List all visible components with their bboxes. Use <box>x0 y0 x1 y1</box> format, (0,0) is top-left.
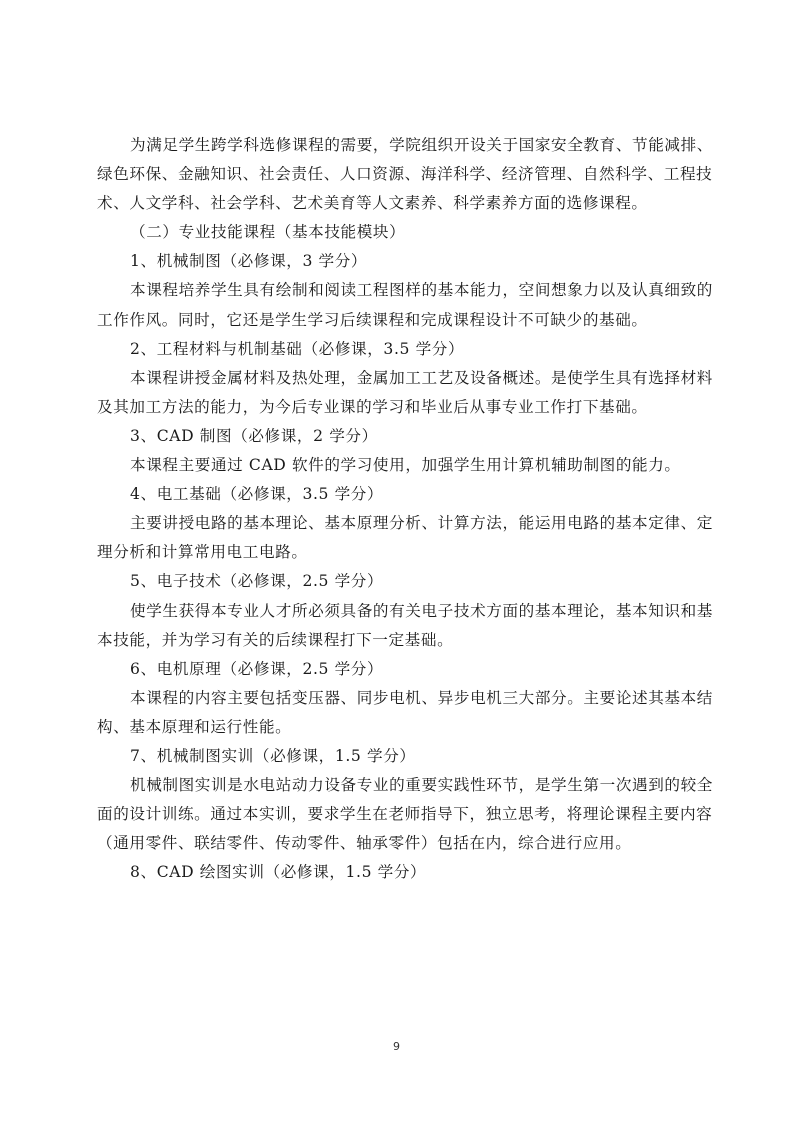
course-heading-8: 8、CAD 绘图实训（必修课，1.5 学分） <box>97 858 697 887</box>
course-heading-4: 4、电工基础（必修课，3.5 学分） <box>97 480 697 509</box>
course-desc-4-line-2: 理分析和计算常用电工电路。 <box>97 538 697 567</box>
course-desc-5-line-2: 本技能，并为学习有关的后续课程打下一定基础。 <box>97 626 697 655</box>
course-desc-3-line-1: 本课程主要通过 CAD 软件的学习使用，加强学生用计算机辅助制图的能力。 <box>97 451 697 480</box>
course-desc-4-line-1: 主要讲授电路的基本理论、基本原理分析、计算方法，能运用电路的基本定律、定 <box>97 509 697 538</box>
course-heading-2: 2、工程材料与机制基础（必修课，3.5 学分） <box>97 335 697 364</box>
intro-line-3: 术、人文学科、社会学科、艺术美育等人文素养、科学素养方面的选修课程。 <box>97 189 697 218</box>
course-desc-7-line-2: 面的设计训练。通过本实训，要求学生在老师指导下，独立思考，将理论课程主要内容 <box>97 800 697 829</box>
course-heading-7: 7、机械制图实训（必修课，1.5 学分） <box>97 742 697 771</box>
course-desc-6-line-2: 构、基本原理和运行性能。 <box>97 713 697 742</box>
course-desc-5-line-1: 使学生获得本专业人才所必须具备的有关电子技术方面的基本理论，基本知识和基 <box>97 597 697 626</box>
course-desc-7-line-3: （通用零件、联结零件、传动零件、轴承零件）包括在内，综合进行应用。 <box>97 829 697 858</box>
course-desc-1-line-1: 本课程培养学生具有绘制和阅读工程图样的基本能力，空间想象力以及认真细致的 <box>97 276 697 305</box>
course-desc-2-line-2: 及其加工方法的能力，为今后专业课的学习和毕业后从事专业工作打下基础。 <box>97 393 697 422</box>
course-desc-7-line-1: 机械制图实训是水电站动力设备专业的重要实践性环节，是学生第一次遇到的较全 <box>97 771 697 800</box>
document-page: 为满足学生跨学科选修课程的需要，学院组织开设关于国家安全教育、节能减排、 绿色环… <box>97 131 697 887</box>
page-number: 9 <box>0 1040 793 1053</box>
intro-line-2: 绿色环保、金融知识、社会责任、人口资源、海洋科学、经济管理、自然科学、工程技 <box>97 160 697 189</box>
course-heading-5: 5、电子技术（必修课，2.5 学分） <box>97 567 697 596</box>
section-heading: （二）专业技能课程（基本技能模块） <box>97 218 697 247</box>
course-desc-1-line-2: 工作作风。同时，它还是学生学习后续课程和完成课程设计不可缺少的基础。 <box>97 306 697 335</box>
course-heading-1: 1、机械制图（必修课，3 学分） <box>97 247 697 276</box>
course-desc-6-line-1: 本课程的内容主要包括变压器、同步电机、异步电机三大部分。主要论述其基本结 <box>97 684 697 713</box>
course-heading-3: 3、CAD 制图（必修课，2 学分） <box>97 422 697 451</box>
course-heading-6: 6、电机原理（必修课，2.5 学分） <box>97 655 697 684</box>
intro-line-1: 为满足学生跨学科选修课程的需要，学院组织开设关于国家安全教育、节能减排、 <box>97 131 697 160</box>
course-desc-2-line-1: 本课程讲授金属材料及热处理，金属加工工艺及设备概述。是使学生具有选择材料 <box>97 364 697 393</box>
